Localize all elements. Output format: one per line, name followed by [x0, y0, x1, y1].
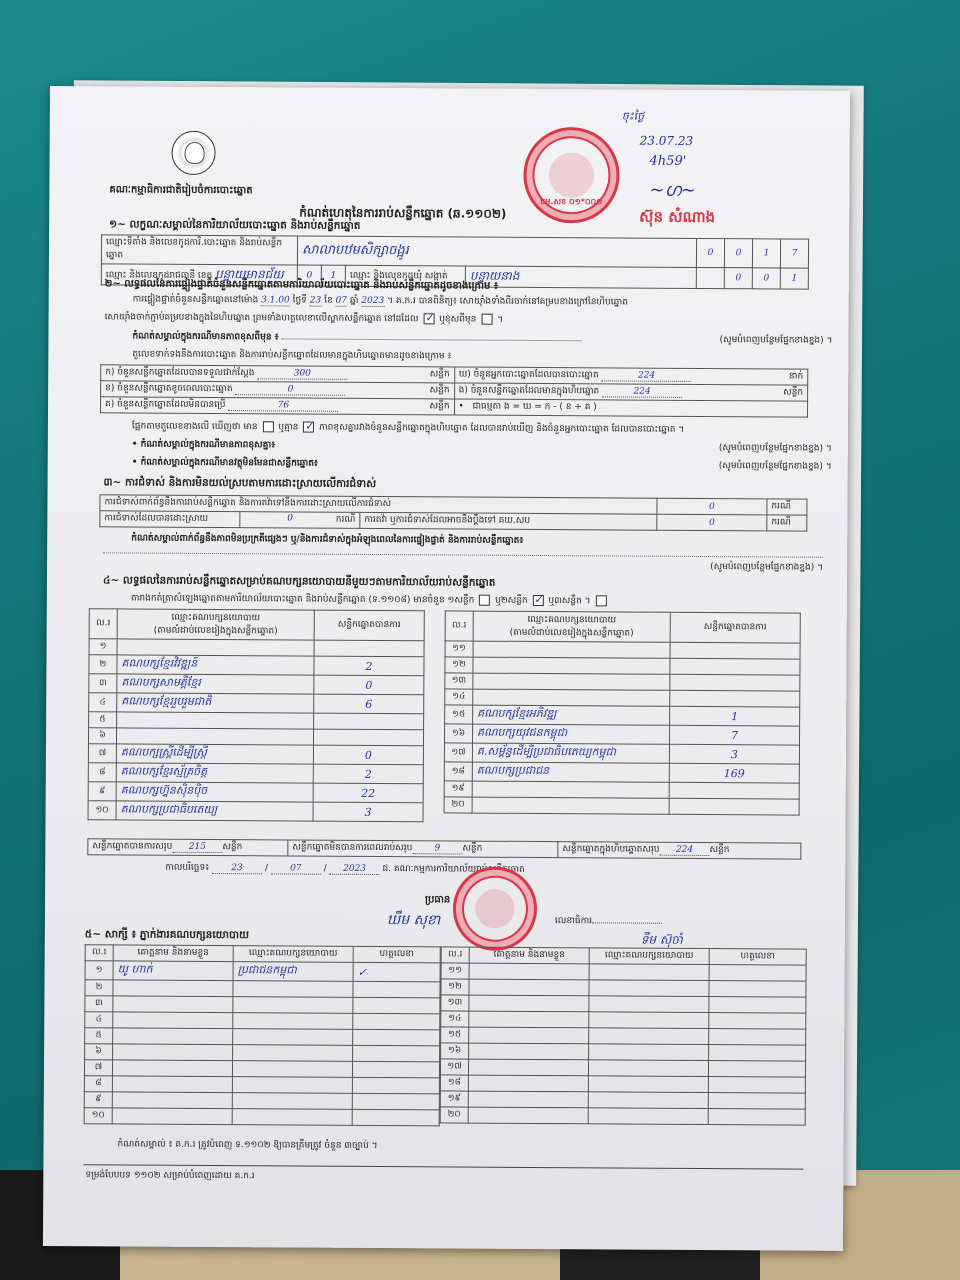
row-number: ៩	[88, 782, 116, 801]
row-number: ១៥	[441, 1027, 469, 1043]
row-number: ៨	[84, 1076, 112, 1092]
commune-code-digit: 1	[780, 268, 808, 289]
section1-heading: ១~ លក្ខណៈសម្គាល់នៃការិយាល័យបោះឆ្នោត និងរ…	[109, 218, 360, 235]
party-result-row: ៩គណបក្សហ្វ៊ុនស៊ិនប៉ិច22	[88, 782, 423, 803]
party-votes: 0	[313, 745, 423, 765]
commune-value: បន្ទាយនាង	[465, 266, 696, 288]
witness-name	[113, 1012, 233, 1029]
row-number: ១៩	[444, 781, 472, 797]
witness-name	[468, 1091, 588, 1108]
row-number: ៩	[84, 1092, 112, 1108]
party-result-row: ១៥គណបក្សខ្មែរអភិវឌ្ឍ1	[445, 705, 800, 726]
objections-table: ការជំទាស់ពាក់ព័ន្ធនឹងការរាប់សន្លឹកឆ្នោត …	[99, 494, 807, 531]
total-invalid-votes: 9	[412, 843, 462, 854]
row-number: ៦	[85, 1044, 113, 1060]
witness-signature	[352, 1061, 439, 1078]
party-votes	[314, 640, 424, 657]
witness-name	[468, 1059, 588, 1076]
party-name: គណបក្សប្រជាធិបតេយ្យ	[116, 801, 313, 821]
seal-status-text: សោយ៉ាំងចាក់ភ្ជាប់គម្របខាងក្នុងនៃហិបឆ្នោត…	[105, 312, 419, 324]
station-code-digit: 1	[752, 239, 780, 268]
three-sheets-checkbox[interactable]	[595, 595, 606, 606]
party-votes	[670, 642, 800, 659]
witness-party	[233, 1045, 353, 1062]
figures-intro: តួលេខទាក់ទងនឹងការបោះឆ្នោត និងការរាប់សន្ល…	[132, 349, 451, 364]
stamp-time: 4h59'	[650, 154, 687, 169]
section2-heading: ២~ លទ្ធផលនៃការផ្ទៀងផ្ទាត់ចំនួនសន្លឹកឆ្នោ…	[105, 276, 499, 293]
row-number: ១២	[441, 979, 469, 995]
organization-name: គណៈកម្មាធិការជាតិរៀបចំការបោះឆ្នោត	[109, 182, 252, 198]
bullet-discrepancy-note: • កំណត់សម្គាល់ក្នុងករណីមានភាពខុសគ្នា៖	[132, 440, 275, 451]
witness-signature	[352, 1093, 439, 1110]
witness-table-left: ល.រ គោត្តនាម និងនាមខ្លួន ឈ្មោះគណបក្សនយោប…	[84, 944, 441, 1126]
party-votes: 22	[313, 783, 423, 803]
party-votes: 2	[313, 764, 423, 784]
footnote: កំណត់សម្គាល់ ៖ គ.ក.រ ត្រូវបំពេញ ទ.១១០២ ឱ…	[118, 1139, 378, 1151]
party-name	[473, 641, 670, 658]
signing-day: 23	[212, 863, 262, 874]
station-code-digit: 0	[696, 238, 724, 267]
chair-label: ប្រធាន	[425, 892, 450, 907]
party-name	[473, 673, 670, 690]
witness-name	[113, 980, 233, 997]
check-month: 07	[336, 296, 348, 307]
witness-signature	[708, 1061, 805, 1078]
witness-party: ប្រជាជនកម្ពុជា	[233, 962, 353, 982]
row-number: ៤	[85, 1012, 113, 1028]
party-votes	[670, 674, 800, 691]
witness-name	[469, 1043, 589, 1060]
commune-code-digit: 0	[752, 268, 780, 289]
witness-party	[588, 1076, 708, 1093]
signing-year: 2023	[330, 864, 380, 875]
vote-totals-table: សន្លឹកឆ្នោតបានការសរុប215សន្លឹក សន្លឹកឆ្ន…	[87, 838, 801, 859]
row-number: ១៦	[444, 724, 472, 743]
witness-signature	[708, 1093, 805, 1110]
party-result-row: ៤គណបក្សខ្មែររួបរួមជាតិ6	[89, 693, 424, 714]
party-name	[473, 657, 670, 674]
party-results-area: ល.រ ឈ្មោះគណបក្សនយោបាយ(តាមលំដាប់លេខរៀងក្ន…	[88, 608, 811, 824]
row-number: ១៤	[445, 689, 473, 705]
bullet-non-ballot-note: • កំណត់សម្គាល់ក្នុងករណីមានវត្ថុមិនមែនជាស…	[132, 458, 318, 469]
party-votes	[670, 658, 800, 675]
witness-signature	[709, 1013, 806, 1030]
row-number: ២	[85, 980, 113, 996]
witness-name	[113, 1044, 233, 1061]
witness-signature	[353, 1013, 440, 1030]
changed-checkbox[interactable]	[481, 314, 492, 325]
witness-party	[588, 1108, 708, 1125]
party-name	[117, 639, 314, 656]
party-name	[117, 712, 314, 729]
row-number: ៣	[85, 996, 113, 1012]
party-name: គណបក្សខ្មែររួបរួមជាតិ	[117, 693, 314, 713]
witness-signature	[352, 1077, 439, 1094]
signing-month: 07	[271, 863, 321, 874]
party-votes	[669, 782, 799, 799]
party-votes: 7	[669, 725, 799, 745]
witness-name	[469, 963, 589, 980]
witness-party	[233, 1029, 353, 1046]
official-stamp-icon: ចម.សខ ០១*០០១	[523, 127, 620, 224]
witness-name	[112, 1076, 232, 1093]
witness-signature: ✓	[353, 962, 440, 982]
row-number: ៧	[84, 1060, 112, 1076]
party-votes	[669, 798, 799, 815]
witness-name	[468, 1107, 588, 1124]
witness-signature	[709, 1029, 806, 1046]
nec-emblem-icon	[171, 131, 215, 175]
party-result-row: ៣គណបក្សសាមគ្គីខ្មែរ0	[89, 674, 424, 695]
witness-party	[232, 1077, 352, 1094]
row-number: ១៤	[441, 1011, 469, 1027]
party-name: គណបក្សខ្មែរអភិវឌ្ឍ	[473, 705, 670, 725]
party-name: គណបក្សខ្មែរវិវឌ្ឍន៍	[117, 655, 314, 675]
witness-row: ២០	[440, 1107, 805, 1125]
party-result-row: ១៦គណបក្សយុវជនកម្ពុជា7	[444, 724, 799, 745]
party-name	[473, 689, 670, 706]
witness-signature	[708, 1109, 805, 1126]
witness-party	[589, 964, 709, 981]
polling-station-label: ឈ្មោះទីតាំង និងលេខកូដការិ.បោះឆ្នោត និងរា…	[101, 235, 297, 265]
witness-signature	[353, 981, 440, 998]
witness-name: យូ ហាក់	[113, 961, 233, 981]
party-name: គណបក្សយុវជនកម្ពុជា	[472, 724, 669, 744]
two-sheets-checkbox[interactable]	[532, 595, 543, 606]
resolved-count: 0ករណី	[240, 512, 360, 529]
party-votes: 3	[313, 802, 423, 822]
witness-signature	[708, 1077, 805, 1094]
witness-name	[112, 1108, 232, 1125]
witness-name	[112, 1092, 232, 1109]
row-number: ៧	[88, 744, 116, 763]
witness-party	[232, 1093, 352, 1110]
section3-heading: ៣~ ការជំទាស់ និងការមិនយល់ស្របតាមការដោះស្…	[104, 476, 377, 493]
one-sheet-checkbox[interactable]	[479, 595, 490, 606]
party-name: គណបក្សប្រជាជន	[472, 762, 669, 782]
party-votes: 169	[669, 763, 799, 783]
witness-signature	[709, 965, 806, 982]
witness-party	[589, 1012, 709, 1029]
station-code-digit: 7	[780, 239, 808, 268]
party-result-row: ៨គណបក្សខ្មែរស្ម័គ្រចិត្ត2	[88, 763, 423, 784]
section4-heading: ៤~ លទ្ធផលនៃការរាប់សន្លឹកឆ្នោតសម្រាប់គណបក…	[103, 574, 496, 591]
polling-station-value: សាលាបឋមសិក្សាចង្អូរ	[297, 236, 696, 267]
check-day: 23	[310, 296, 322, 307]
row-number: ១៣	[441, 995, 469, 1011]
witness-party	[589, 980, 709, 997]
party-name: គ.សម្ព័ន្ធដើម្បីប្រជាធិបតេយ្យកម្ពុជា	[472, 743, 669, 763]
formula: • ជាធម្មតា ង = ឃ = ក - ( ខ + គ )	[454, 399, 808, 417]
witness-name	[469, 1027, 589, 1044]
appeal-count: 0	[657, 514, 767, 531]
secretary-label: លេខាធិការ	[555, 916, 592, 926]
section5-heading: ៥~ សាក្សី ៖ ភ្នាក់ងារគណបក្សនយោបាយ	[85, 928, 249, 944]
row-number: ១២	[445, 657, 473, 673]
row-number: ១៨	[444, 762, 472, 781]
no-discrepancy-checkbox[interactable]	[303, 422, 314, 433]
party-result-row: ១៧គ.សម្ព័ន្ធដើម្បីប្រជាធិបតេយ្យកម្ពុជា3	[444, 743, 799, 764]
row-number: ៦	[88, 728, 116, 744]
party-votes	[314, 713, 424, 730]
voters-voted-value: 224	[602, 370, 692, 382]
party-name	[472, 781, 669, 798]
has-discrepancy-checkbox[interactable]	[262, 421, 273, 432]
row-number: ៨	[88, 763, 116, 782]
row-number: ១	[85, 961, 113, 980]
objections-count: 0	[657, 498, 767, 515]
row-number: ១១	[441, 963, 469, 979]
note-diff-label: កំណត់សម្គាល់ក្នុងករណីមានភាពខុសពីមុន ៖	[132, 332, 278, 343]
total-ballots-in-box: 224	[659, 845, 709, 856]
witness-party	[232, 1109, 352, 1126]
stamp-handwritten-label: ចុះថ្ងៃ	[622, 109, 644, 125]
witness-signature	[353, 1045, 440, 1062]
ballots-received-value: 300	[257, 368, 347, 380]
party-votes	[670, 690, 800, 707]
unused-ballots-value: 76	[228, 400, 338, 412]
check-time: 3.1.00	[261, 295, 290, 306]
check-year: 2023	[361, 296, 384, 307]
row-number: ៤	[89, 693, 117, 712]
election-form-sheet: គណៈកម្មាធិការជាតិរៀបចំការបោះឆ្នោត ចម.សខ …	[43, 86, 850, 1251]
row-number: ១០	[84, 1108, 112, 1124]
party-votes: 3	[669, 744, 799, 764]
row-number: ១៦	[441, 1043, 469, 1059]
witness-row: ១យូ ហាក់ប្រជាជនកម្ពុជា✓	[85, 961, 440, 982]
ballots-in-box-value: 224	[602, 386, 682, 397]
irregularities-note: កំណត់សម្គាល់ពាក់ព័ន្ធនឹងភាពមិនប្រក្រតីផ្…	[131, 534, 523, 546]
witness-party	[589, 1028, 709, 1045]
row-number: ៥	[85, 1028, 113, 1044]
party-votes: 0	[314, 675, 424, 695]
row-number: ៥	[89, 712, 117, 728]
row-number: ១៨	[440, 1075, 468, 1091]
witness-party	[589, 1044, 709, 1061]
row-number: ១៥	[445, 705, 473, 724]
row-number: ២០	[444, 797, 472, 813]
ballot-figures-table: ក) ចំនួនសន្លឹកឆ្នោតដែលបានទទួលជាក់ស្តែង 3…	[100, 364, 808, 417]
witness-row: ១០	[84, 1108, 439, 1126]
party-votes	[313, 729, 423, 746]
row-number: ១៣	[445, 673, 473, 689]
party-name: គណបក្សស្ត្រីដើម្បីស្ត្រី	[116, 744, 313, 764]
witness-signature	[353, 1029, 440, 1046]
row-number: ១០	[88, 801, 116, 820]
party-name: គណបក្សខ្មែរស្ម័គ្រចិត្ត	[116, 763, 313, 783]
witness-area: ល.រ គោត្តនាម និងនាមខ្លួន ឈ្មោះគណបក្សនយោប…	[84, 944, 807, 1128]
witness-signature	[709, 1045, 806, 1062]
party-result-row: ១០គណបក្សប្រជាធិបតេយ្យ3	[88, 801, 423, 822]
unchanged-checkbox[interactable]	[423, 313, 434, 324]
witness-name	[469, 979, 589, 996]
form-footer-id: ទម្រង់បែបបទ ១១០២ សម្រាប់បំពេញដោយ គ.ក.រ	[85, 1169, 254, 1183]
section2-intro: ការផ្ទៀងផ្ទាត់ចំនួនសន្លឹកឆ្នោតនៅម៉ោង 3.1…	[133, 294, 833, 311]
total-valid-votes: 215	[172, 842, 222, 853]
witness-party	[233, 997, 353, 1014]
chair-name-signature: ឃឹម សុខា	[387, 910, 440, 931]
party-name: គណបក្សហ្វ៊ុនស៊ិនប៉ិច	[116, 782, 313, 802]
signer-name: ស៊ុន សំណាង	[639, 208, 715, 230]
committee-stamp-icon	[453, 866, 538, 951]
witness-signature	[352, 1109, 439, 1126]
spoiled-ballots-value: 0	[235, 384, 345, 396]
party-result-row: ២គណបក្សខ្មែរវិវឌ្ឍន៍2	[89, 655, 424, 676]
party-name: គណបក្សសាមគ្គីខ្មែរ	[117, 674, 314, 694]
witness-name	[469, 995, 589, 1012]
party-name	[116, 728, 313, 745]
party-votes: 6	[314, 694, 424, 714]
witness-party	[232, 1061, 352, 1078]
row-number: ១៧	[440, 1059, 468, 1075]
footer-rule	[83, 1164, 803, 1169]
party-results-left: ល.រ ឈ្មោះគណបក្សនយោបាយ(តាមលំដាប់លេខរៀងក្ន…	[88, 608, 425, 822]
witness-name	[468, 1075, 588, 1092]
witness-signature	[709, 981, 806, 998]
row-number: ១៧	[444, 743, 472, 762]
witness-party	[588, 1092, 708, 1109]
witness-signature	[709, 997, 806, 1014]
party-votes: 2	[314, 656, 424, 676]
party-result-row: ១៨គណបក្សប្រជាជន169	[444, 762, 799, 783]
row-number: ២	[89, 655, 117, 674]
row-number: ១	[89, 639, 117, 655]
party-results-right: ល.រ ឈ្មោះគណបក្សនយោបាយ(តាមលំដាប់លេខរៀងក្ន…	[444, 610, 801, 815]
top-signature: ~ഗ~	[649, 180, 696, 201]
witness-name	[469, 1011, 589, 1028]
row-number: ២០	[440, 1107, 468, 1123]
party-result-row: ២០	[444, 797, 799, 815]
witness-party	[589, 996, 709, 1013]
witness-name	[113, 996, 233, 1013]
party-result-row: ៧គណបក្សស្ត្រីដើម្បីស្ត្រី0	[88, 744, 423, 765]
witness-name	[113, 1028, 233, 1045]
witness-table-right: ល.រ គោត្តនាម និងនាមខ្លួន ឈ្មោះគណបក្សនយោប…	[440, 946, 807, 1125]
party-votes: 1	[670, 706, 800, 726]
witness-name	[112, 1060, 232, 1077]
station-code-digit: 0	[724, 239, 752, 268]
commune-code-digit: 0	[724, 268, 752, 289]
stamp-date: 23.07.23	[640, 134, 694, 148]
witness-party	[233, 981, 353, 998]
row-number: ៣	[89, 674, 117, 693]
witness-party	[588, 1060, 708, 1077]
witness-party	[233, 1013, 353, 1030]
row-number: ១១	[445, 641, 473, 657]
party-name	[472, 797, 669, 814]
row-number: ១៩	[440, 1091, 468, 1107]
witness-signature	[353, 997, 440, 1014]
